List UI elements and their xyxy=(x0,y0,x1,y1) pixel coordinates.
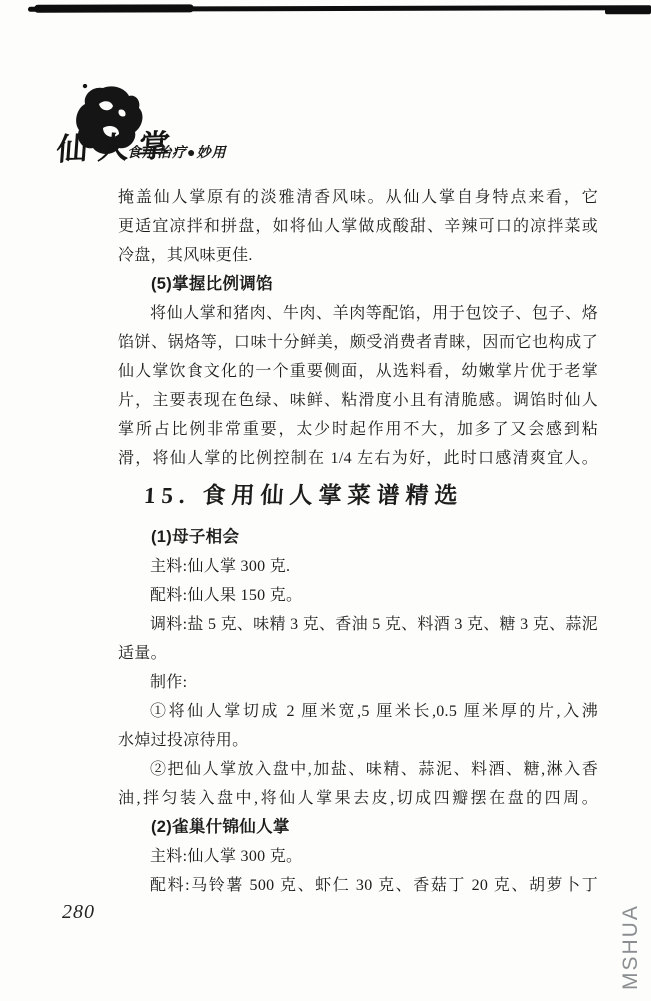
section-heading: 15. 食用仙人掌菜谱精选 xyxy=(117,479,599,513)
text-line: 水焯过投凉待用。 xyxy=(118,726,598,755)
logo-subtitle: 食用治疗●妙用 xyxy=(127,142,226,162)
body-text-column: 掩盖仙人掌原有的淡雅清香风味。从仙人掌自身特点来看，它更适宜凉拌和拼盘，如将仙人… xyxy=(118,183,598,900)
text-line: 制作: xyxy=(118,668,598,697)
text-line: 滑，将仙人掌的比例控制在 1/4 左右为好，此时口感清爽宜人。 xyxy=(118,444,598,473)
text-line: 冷盘，其风味更佳. xyxy=(118,241,598,270)
text-line: 掌所占比例非常重要，太少时起作用不大，加多了又会感到粘 xyxy=(118,415,598,444)
recipe-subheading: (2)雀巢什锦仙人掌 xyxy=(118,813,598,842)
text-line: 馅饼、锅烙等，口味十分鲜美，颇受消费者青睐，因而它也构成了 xyxy=(118,328,598,357)
text-line: 掩盖仙人掌原有的淡雅清香风味。从仙人掌自身特点来看，它 xyxy=(118,183,598,212)
scan-artifact-top-edge xyxy=(28,5,651,12)
text-line: ①将仙人掌切成 2 厘米宽,5 厘米长,0.5 厘米厚的片,入沸 xyxy=(118,697,598,726)
text-line: 配料:马铃薯 500 克、虾仁 30 克、香菇丁 20 克、胡萝卜丁 xyxy=(118,871,598,900)
text-line: 配料:仙人果 150 克。 xyxy=(118,581,598,610)
recipe-subheading: (5)掌握比例调馅 xyxy=(118,270,598,299)
text-line: ②把仙人掌放入盘中,加盐、味精、蒜泥、料酒、糖,淋入香 xyxy=(118,755,598,784)
text-line: 适量。 xyxy=(118,639,598,668)
scanned-book-page: 仙人掌 食用治疗●妙用 掩盖仙人掌原有的淡雅清香风味。从仙人掌自身特点来看，它更… xyxy=(0,0,651,1001)
watermark-text: MSHUA xyxy=(619,874,643,990)
text-line: 油,拌匀装入盘中,将仙人掌果去皮,切成四瓣摆在盘的四周。 xyxy=(118,784,598,813)
page-number: 280 xyxy=(62,901,95,924)
text-line: 更适宜凉拌和拼盘，如将仙人掌做成酸甜、辛辣可口的凉拌菜或 xyxy=(118,212,598,241)
text-line: 主料:仙人掌 300 克. xyxy=(118,552,598,581)
text-line: 将仙人掌和猪肉、牛肉、羊肉等配馅，用于包饺子、包子、烙 xyxy=(118,299,598,328)
book-header-logo: 仙人掌 食用治疗●妙用 xyxy=(55,80,255,168)
text-line: 调料:盐 5 克、味精 3 克、香油 5 克、料酒 3 克、糖 3 克、蒜泥 xyxy=(118,610,598,639)
recipe-subheading: (1)母子相会 xyxy=(118,523,598,552)
text-line: 仙人掌饮食文化的一个重要侧面，从选料看，幼嫩掌片优于老掌 xyxy=(118,357,598,386)
text-line: 片，主要表现在色绿、味鲜、粘滑度小且有清脆感。调馅时仙人 xyxy=(118,386,598,415)
text-line: 主料:仙人掌 300 克。 xyxy=(118,842,598,871)
